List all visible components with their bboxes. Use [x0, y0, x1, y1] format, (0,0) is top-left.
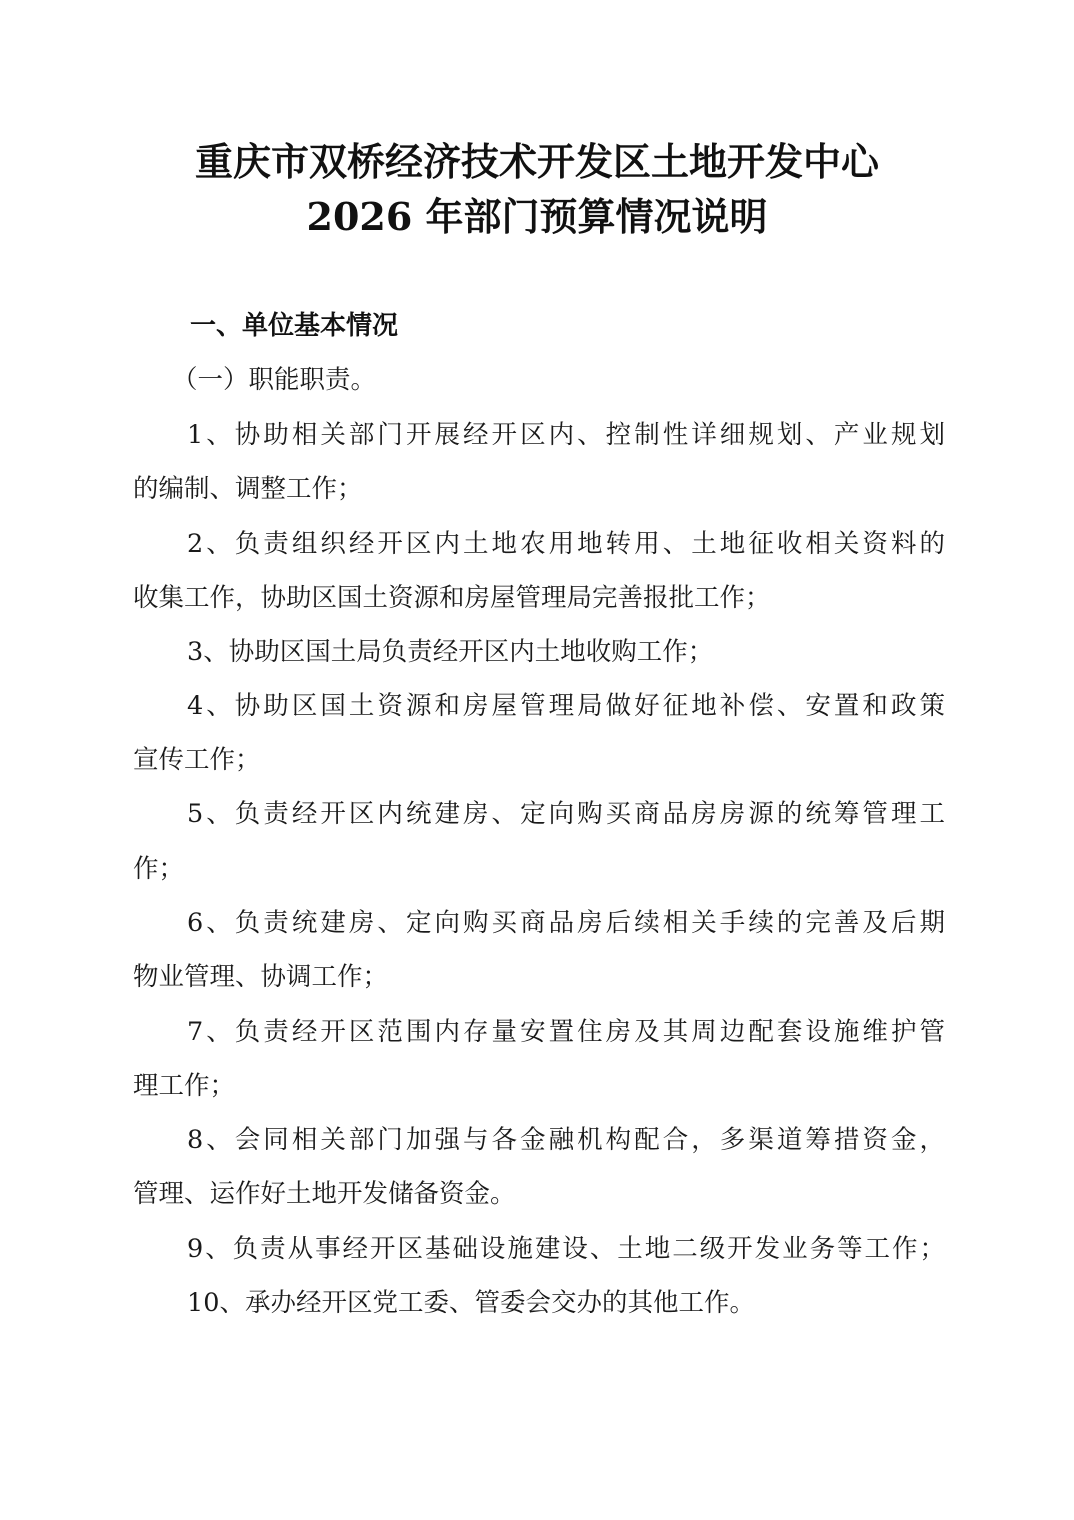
- document-title-line2: 2026 年部门预算情况说明: [0, 195, 1074, 239]
- duty-8-line1: 8、会同相关部门加强与各金融机构配合，多渠道筹措资金，: [187, 1122, 945, 1158]
- duty-2-line2: 收集工作，协助区国土资源和房屋管理局完善报批工作；: [133, 580, 771, 616]
- duty-4-line1: 4、协助区国土资源和房屋管理局做好征地补偿、安置和政策: [187, 688, 945, 724]
- document-title-line1: 重庆市双桥经济技术开发区土地开发中心: [0, 140, 1074, 184]
- duty-10-line1: 10、承办经开区党工委、管委会交办的其他工作。: [187, 1285, 755, 1321]
- duty-6-line2: 物业管理、协调工作；: [133, 959, 388, 995]
- duty-7-line1: 7、负责经开区范围内存量安置住房及其周边配套设施维护管: [187, 1014, 945, 1050]
- duty-8-line2: 管理、运作好土地开发储备资金。: [133, 1176, 516, 1212]
- duty-1-line1: 1、协助相关部门开展经开区内、控制性详细规划、产业规划: [187, 417, 945, 453]
- duty-2-line1: 2、负责组织经开区内土地农用地转用、土地征收相关资料的: [187, 526, 945, 562]
- subsection-heading-duties: （一）职能职责。: [172, 362, 376, 398]
- duty-9-line1: 9、负责从事经开区基础设施建设、土地二级开发业务等工作；: [187, 1231, 945, 1267]
- duty-7-line2: 理工作；: [133, 1068, 235, 1104]
- duty-4-line2: 宣传工作；: [133, 742, 261, 778]
- duty-1-line2: 的编制、调整工作；: [133, 471, 363, 507]
- duty-6-line1: 6、负责统建房、定向购买商品房后续相关手续的完善及后期: [187, 905, 945, 941]
- duty-5-line1: 5、负责经开区内统建房、定向购买商品房房源的统筹管理工: [187, 796, 945, 832]
- document-page: 重庆市双桥经济技术开发区土地开发中心 2026 年部门预算情况说明 一、单位基本…: [0, 0, 1074, 1520]
- duty-5-line2: 作；: [133, 851, 184, 887]
- section-heading-basic-info: 一、单位基本情况: [190, 308, 398, 344]
- duty-3-line1: 3、协助区国土局负责经开区内土地收购工作；: [187, 634, 713, 670]
